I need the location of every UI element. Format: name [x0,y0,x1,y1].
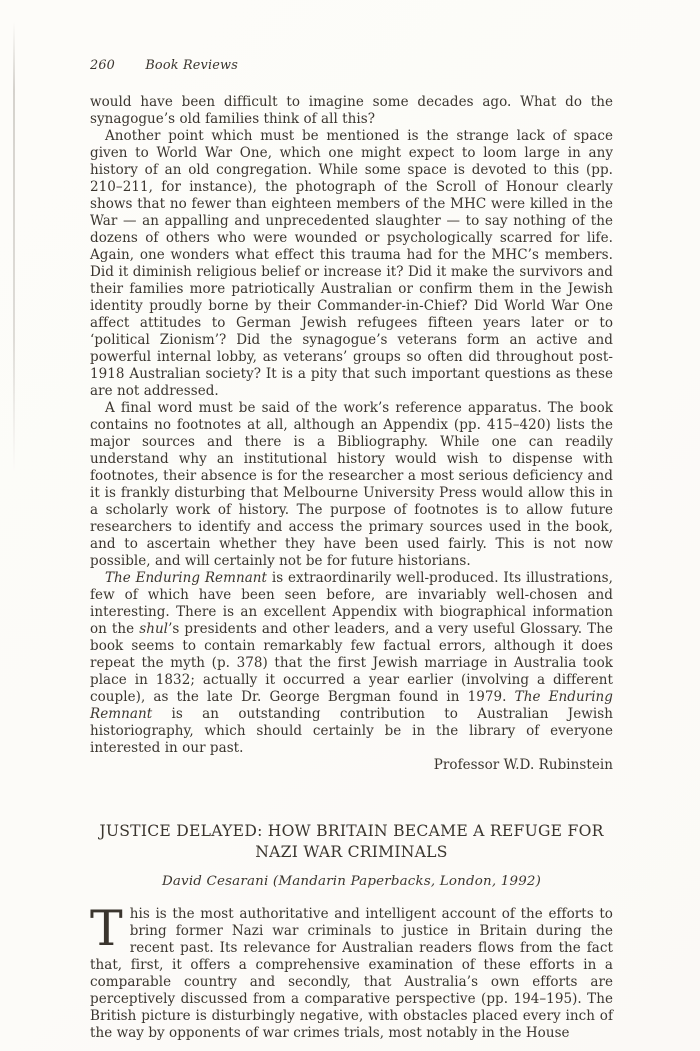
shul-italic: shul [139,621,168,637]
review-title-line2: NAZI WAR CRIMINALS [255,843,447,861]
running-header: 260 Book Reviews [90,58,613,73]
next-review-heading-block: JUSTICE DELAYED: HOW BRITAIN BECAME A RE… [90,821,613,889]
running-title: Book Reviews [145,58,238,73]
body-paragraph-closing: The Enduring Remnant is extraordinarily … [90,570,613,757]
scanned-book-page: 260 Book Reviews would have been difficu… [0,0,700,1051]
book-title-italic: The Enduring Remnant [105,570,267,586]
scan-edge-artifact [13,22,15,472]
drop-cap: T [90,906,130,956]
opening-paragraph: This is the most authoritative and intel… [90,906,613,1042]
body-paragraph: Another point which must be mentioned is… [90,128,613,400]
page-number: 260 [90,58,115,73]
closing-text-segment: is an outstanding contribution to Austra… [90,706,613,756]
reviewer-signature: Professor W.D. Rubinstein [90,757,613,774]
review-title-line1: JUSTICE DELAYED: HOW BRITAIN BECAME A RE… [99,822,603,840]
review-previous-body: would have been difficult to imagine som… [90,94,613,774]
body-paragraph: would have been difficult to imagine som… [90,94,613,128]
opening-paragraph-text: his is the most authoritative and intell… [90,906,613,1041]
next-review-opening: This is the most authoritative and intel… [90,906,613,1042]
review-byline: David Cesarani (Mandarin Paperbacks, Lon… [90,874,613,889]
page-text-block: 260 Book Reviews would have been difficu… [90,58,613,1042]
body-paragraph: A final word must be said of the work’s … [90,400,613,570]
review-title: JUSTICE DELAYED: HOW BRITAIN BECAME A RE… [90,821,613,863]
